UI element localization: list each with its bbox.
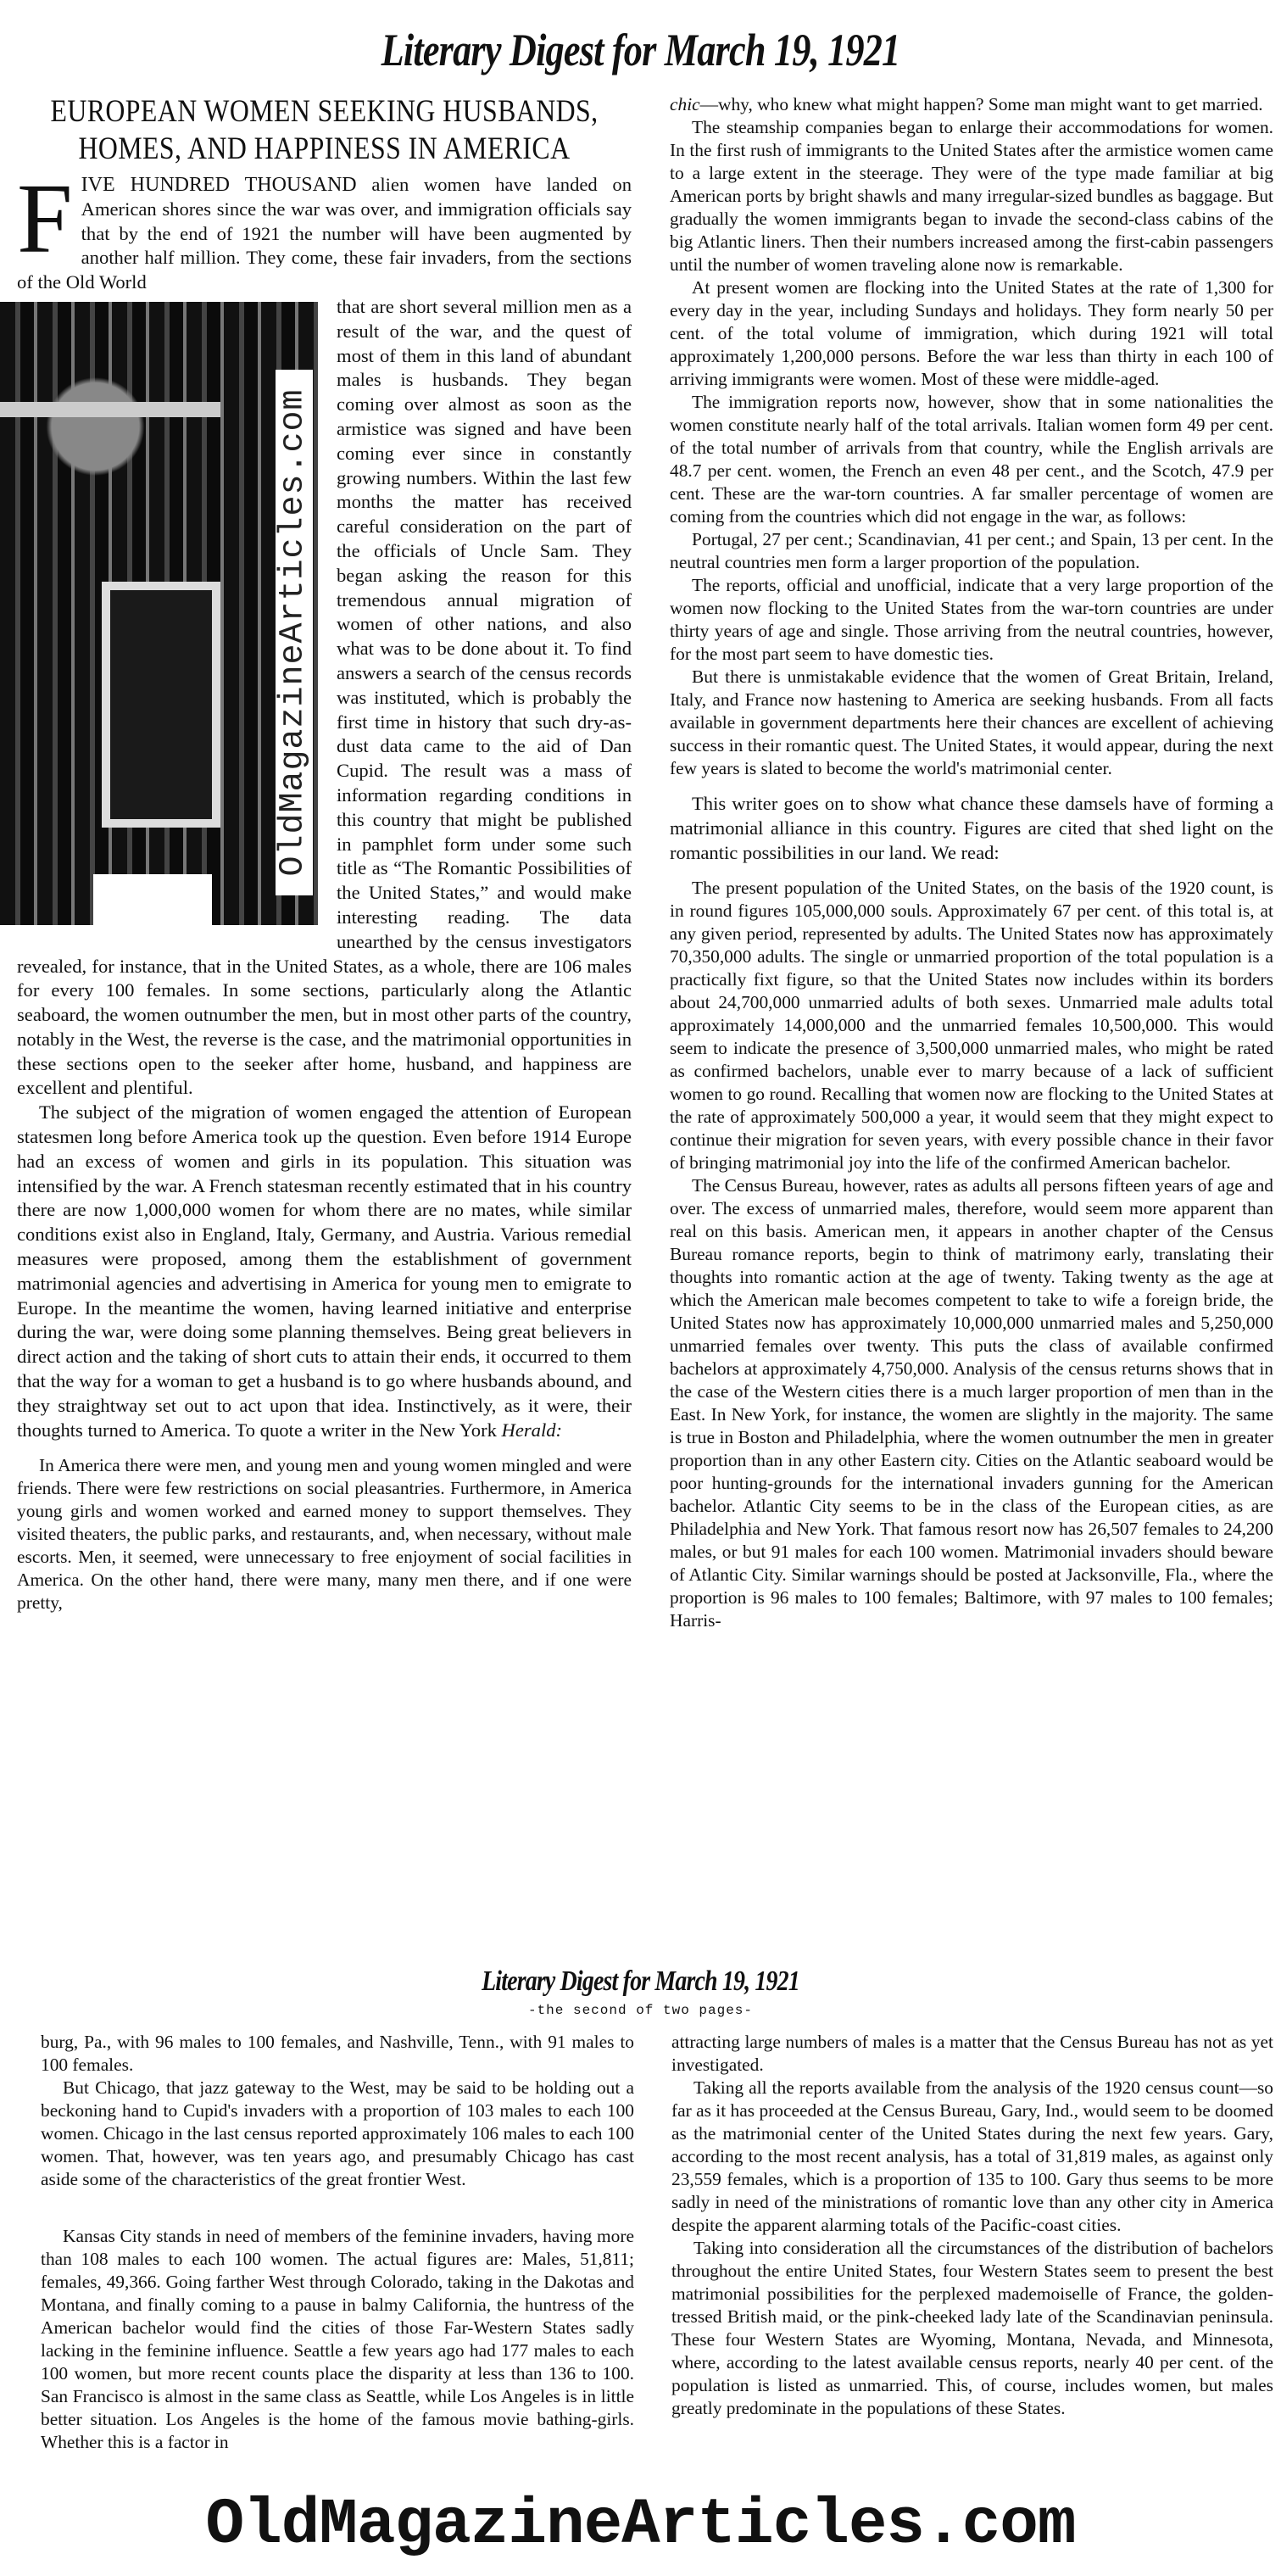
paragraph-writer-intro: This writer goes on to show what chance … bbox=[670, 792, 1273, 865]
quote-population: The present population of the United Sta… bbox=[670, 877, 1273, 1174]
paragraph-reports: The reports, official and unofficial, in… bbox=[670, 574, 1273, 666]
opening-paragraph-continued: OldMagazineArticles.comthat are short se… bbox=[17, 295, 632, 1101]
masthead-title: Literary Digest for March 19, 1921 bbox=[115, 24, 1166, 76]
page2-right-column: attracting large numbers of males is a m… bbox=[671, 2031, 1273, 2420]
herald-quote-cont-text: —why, who knew what might happen? Some m… bbox=[700, 94, 1263, 114]
page1-right-column: chic—why, who knew what might happen? So… bbox=[670, 93, 1273, 1632]
drop-cap: F bbox=[17, 178, 73, 259]
article-headline: EUROPEAN WOMEN SEEKING HUSBANDS, HOMES, … bbox=[31, 93, 617, 168]
paragraph-neutral-countries: Portugal, 27 per cent.; Scandinavian, 41… bbox=[670, 528, 1273, 574]
paragraph-steamship: The steamship companies began to enlarge… bbox=[670, 116, 1273, 276]
headline-line-2: HOMES, AND HAPPINESS IN AMERICA bbox=[79, 131, 571, 166]
herald-italic: Herald: bbox=[502, 1419, 563, 1441]
second-page-note: -the second of two pages- bbox=[0, 2003, 1281, 2018]
illustration-base bbox=[93, 874, 212, 925]
herald-quote-continuation: chic—why, who knew what might happen? So… bbox=[670, 93, 1273, 116]
vertical-watermark: OldMagazineArticles.com bbox=[276, 370, 313, 895]
paragraph-chicago: But Chicago, that jazz gateway to the We… bbox=[41, 2077, 634, 2191]
opening-caps: IVE HUNDRED THOUSAND bbox=[81, 174, 357, 196]
headline-line-1: EUROPEAN WOMEN SEEKING HUSBANDS, bbox=[50, 94, 598, 129]
chic-word: chic bbox=[670, 94, 700, 114]
footer-watermark[interactable]: OldMagazineArticles.com bbox=[0, 2489, 1281, 2562]
opening-paragraph: F IVE HUNDRED THOUSAND alien women have … bbox=[17, 173, 632, 295]
paragraph-gary: Taking all the reports available from th… bbox=[671, 2077, 1273, 2237]
quote-census-bureau: The Census Bureau, however, rates as adu… bbox=[670, 1174, 1273, 1632]
illustration-frame bbox=[102, 582, 220, 828]
paragraph-european-statesmen: The subject of the migration of women en… bbox=[17, 1101, 632, 1442]
herald-quote: In America there were men, and young men… bbox=[17, 1454, 632, 1614]
page2-left-column: burg, Pa., with 96 males to 100 females,… bbox=[41, 2031, 634, 2454]
page1-left-column: EUROPEAN WOMEN SEEKING HUSBANDS, HOMES, … bbox=[17, 93, 632, 1614]
paragraph-nationalities: The immigration reports now, however, sh… bbox=[670, 391, 1273, 528]
statue-illustration: OldMagazineArticles.com bbox=[0, 302, 318, 925]
paragraph-evidence: But there is unmistakable evidence that … bbox=[670, 666, 1273, 780]
paragraph-flocking: At present women are flocking into the U… bbox=[670, 276, 1273, 391]
paragraph-kansas-city: Kansas City stands in need of members of… bbox=[41, 2225, 634, 2454]
second-page-masthead: Literary Digest for March 19, 1921 bbox=[115, 1965, 1166, 1998]
paragraph-harrisburg: burg, Pa., with 96 males to 100 females,… bbox=[41, 2031, 634, 2077]
vertical-watermark-text: OldMagazineArticles.com bbox=[282, 388, 307, 876]
illustration-bar bbox=[0, 402, 220, 417]
paragraph-western-states: Taking into consideration all the circum… bbox=[671, 2237, 1273, 2420]
paragraph-attracting: attracting large numbers of males is a m… bbox=[671, 2031, 1273, 2077]
